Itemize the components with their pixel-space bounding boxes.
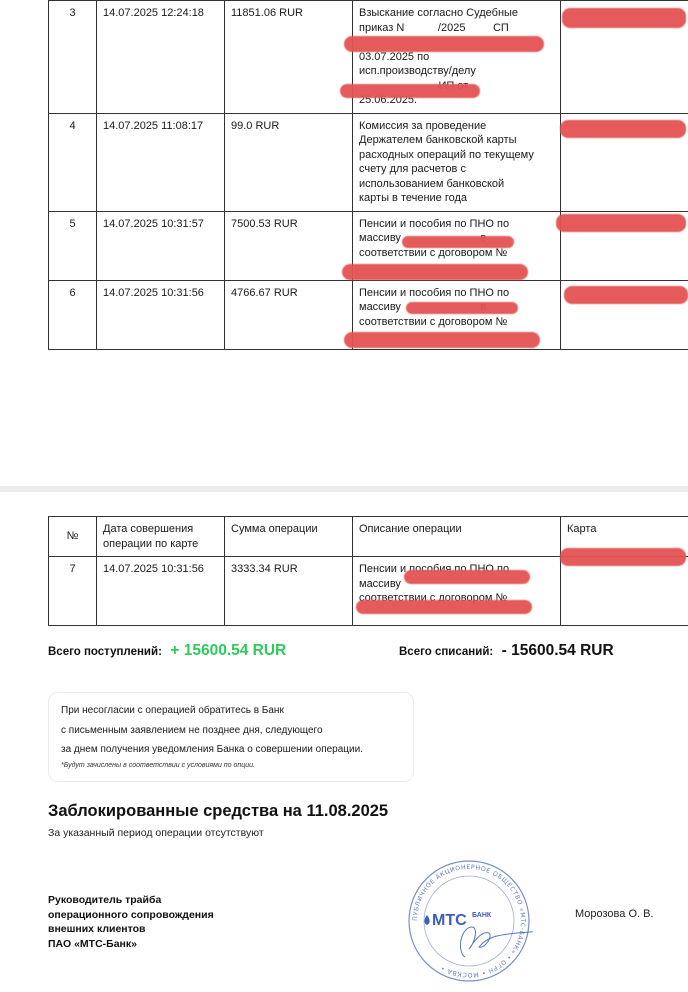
- signer-line: Руководитель трайба: [48, 893, 214, 908]
- header-num: №: [49, 517, 97, 557]
- header-description: Описание операции: [353, 517, 561, 557]
- cell-num: 7: [49, 557, 97, 626]
- signer-name: Морозова О. В.: [575, 908, 654, 920]
- notice-footnote: *Будут зачислены в соответствии с услови…: [61, 760, 401, 772]
- cell-num: 3: [49, 1, 97, 114]
- total-outcome: Всего списаний: - 15600.54 RUR: [399, 642, 614, 660]
- total-income-value: + 15600.54 RUR: [170, 642, 286, 659]
- header-date: Дата совершения операции по карте: [97, 517, 225, 557]
- cell-date: 14.07.2025 12:24:18: [97, 1, 225, 114]
- redaction-mark: [556, 214, 686, 232]
- bank-stamp-icon: ПУБЛИЧНОЕ АКЦИОНЕРНОЕ ОБЩЕСТВО «МТС-БАНК…: [405, 857, 533, 985]
- statement-page-1: 314.07.2025 12:24:1811851.06 RURВзыскани…: [0, 0, 688, 486]
- signer-position: Руководитель трайба операционного сопров…: [48, 893, 214, 951]
- header-amount: Сумма операции: [225, 517, 353, 557]
- cell-amount: 99.0 RUR: [225, 113, 353, 211]
- cell-date: 14.07.2025 10:31:57: [97, 211, 225, 280]
- table-row: 714.07.2025 10:31:563333.34 RURПенсии и …: [49, 557, 688, 626]
- total-income-label: Всего поступлений:: [48, 646, 162, 658]
- cell-amount: 3333.34 RUR: [225, 557, 353, 626]
- cell-num: 5: [49, 211, 97, 280]
- redaction-mark: [340, 84, 480, 98]
- redaction-mark: [560, 548, 686, 566]
- cell-amount: 11851.06 RUR: [225, 1, 353, 114]
- signer-line: операционного сопровождения: [48, 908, 214, 923]
- notice-line: с письменным заявлением не позднее дня, …: [61, 721, 401, 741]
- cell-date: 14.07.2025 11:08:17: [97, 113, 225, 211]
- cell-card: [561, 557, 688, 626]
- redaction-mark: [404, 570, 530, 584]
- cell-description: Комиссия за проведениеДержателем банковс…: [353, 113, 561, 211]
- cell-num: 6: [49, 280, 97, 349]
- signer-line: внешних клиентов: [48, 922, 214, 937]
- redaction-mark: [562, 8, 686, 28]
- statement-page-2: № Дата совершения операции по карте Сумм…: [0, 492, 688, 992]
- blocked-funds-title: Заблокированные средства на 11.08.2025: [48, 802, 388, 821]
- redaction-mark: [402, 236, 514, 248]
- redaction-mark: [342, 264, 528, 280]
- svg-text:МТС: МТС: [432, 912, 467, 929]
- total-outcome-label: Всего списаний:: [399, 646, 493, 658]
- redaction-mark: [560, 120, 686, 138]
- cell-date: 14.07.2025 10:31:56: [97, 280, 225, 349]
- redaction-mark: [344, 332, 540, 348]
- notice-line: за днем получения уведомления Банка о со…: [61, 740, 401, 760]
- redaction-mark: [344, 36, 544, 52]
- cell-amount: 4766.67 RUR: [225, 280, 353, 349]
- blocked-funds-subtitle: За указанный период операции отсутствуют: [48, 827, 264, 839]
- redaction-mark: [406, 302, 518, 314]
- cell-date: 14.07.2025 10:31:56: [97, 557, 225, 626]
- cell-num: 4: [49, 113, 97, 211]
- redaction-mark: [564, 286, 688, 304]
- total-outcome-value: - 15600.54 RUR: [502, 642, 614, 659]
- notice-line: При несогласии с операцией обратитесь в …: [61, 701, 401, 721]
- cell-description: Пенсии и пособия по ПНО помассивусоответ…: [353, 557, 561, 626]
- svg-text:БАНК: БАНК: [472, 912, 492, 919]
- cell-amount: 7500.53 RUR: [225, 211, 353, 280]
- dispute-notice: При несогласии с операцией обратитесь в …: [48, 692, 414, 782]
- signer-line: ПАО «МТС-Банк»: [48, 937, 214, 952]
- redaction-mark: [356, 600, 532, 614]
- total-income: Всего поступлений: + 15600.54 RUR: [48, 642, 286, 660]
